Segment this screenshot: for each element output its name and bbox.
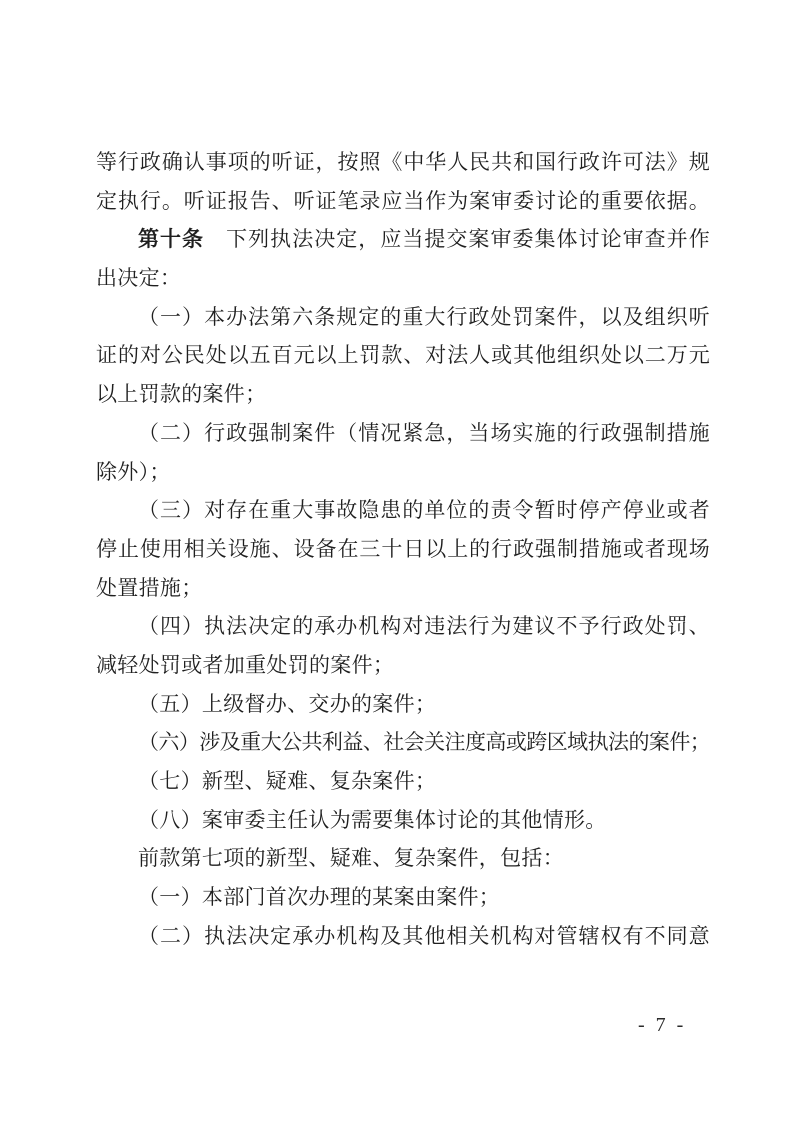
document-body: 等行政确认事项的听证，按照《中华人民共和国行政许可法》规定执行。听证报告、听证笔…: [96, 143, 710, 955]
text-line: （一）本部门首次办理的某案由案件；: [96, 878, 710, 917]
text-line: （一）本办法第六条规定的重大行政处罚案件，以及组织听: [96, 298, 710, 337]
text-line: 处置措施；: [96, 569, 710, 608]
text-line: （七）新型、疑难、复杂案件；: [96, 762, 710, 801]
text-line: 等行政确认事项的听证，按照《中华人民共和国行政许可法》规: [96, 143, 710, 182]
text-line: 证的对公民处以五百元以上罚款、对法人或其他组织处以二万元: [96, 336, 710, 375]
article-number: 第十条: [138, 228, 204, 251]
text-line: （六）涉及重大公共利益、社会关注度高或跨区域执法的案件；: [96, 723, 710, 762]
text-line: （四）执法决定的承办机构对违法行为建议不予行政处罚、: [96, 607, 710, 646]
text-line: 第十条 下列执法决定，应当提交案审委集体讨论审查并作: [96, 220, 710, 259]
text-line: （三）对存在重大事故隐患的单位的责令暂时停产停业或者: [96, 491, 710, 530]
text-line: （二）行政强制案件（情况紧急，当场实施的行政强制措施: [96, 414, 710, 453]
text-line: 停止使用相关设施、设备在三十日以上的行政强制措施或者现场: [96, 530, 710, 569]
text-line: 前款第七项的新型、疑难、复杂案件，包括：: [96, 839, 710, 878]
document-page: 等行政确认事项的听证，按照《中华人民共和国行政许可法》规定执行。听证报告、听证笔…: [0, 0, 793, 1122]
text-line: 以上罚款的案件；: [96, 375, 710, 414]
text-line: 除外）；: [96, 453, 710, 492]
text-line: 定执行。听证报告、听证笔录应当作为案审委讨论的重要依据。: [96, 182, 710, 221]
text-line: 出决定：: [96, 259, 710, 298]
text-line: 减轻处罚或者加重处罚的案件；: [96, 646, 710, 685]
page-number: - 7 -: [638, 1014, 686, 1037]
text-line: （五）上级督办、交办的案件；: [96, 685, 710, 724]
text-line: （八）案审委主任认为需要集体讨论的其他情形。: [96, 801, 710, 840]
text-line: （二）执法决定承办机构及其他相关机构对管辖权有不同意: [96, 917, 710, 956]
